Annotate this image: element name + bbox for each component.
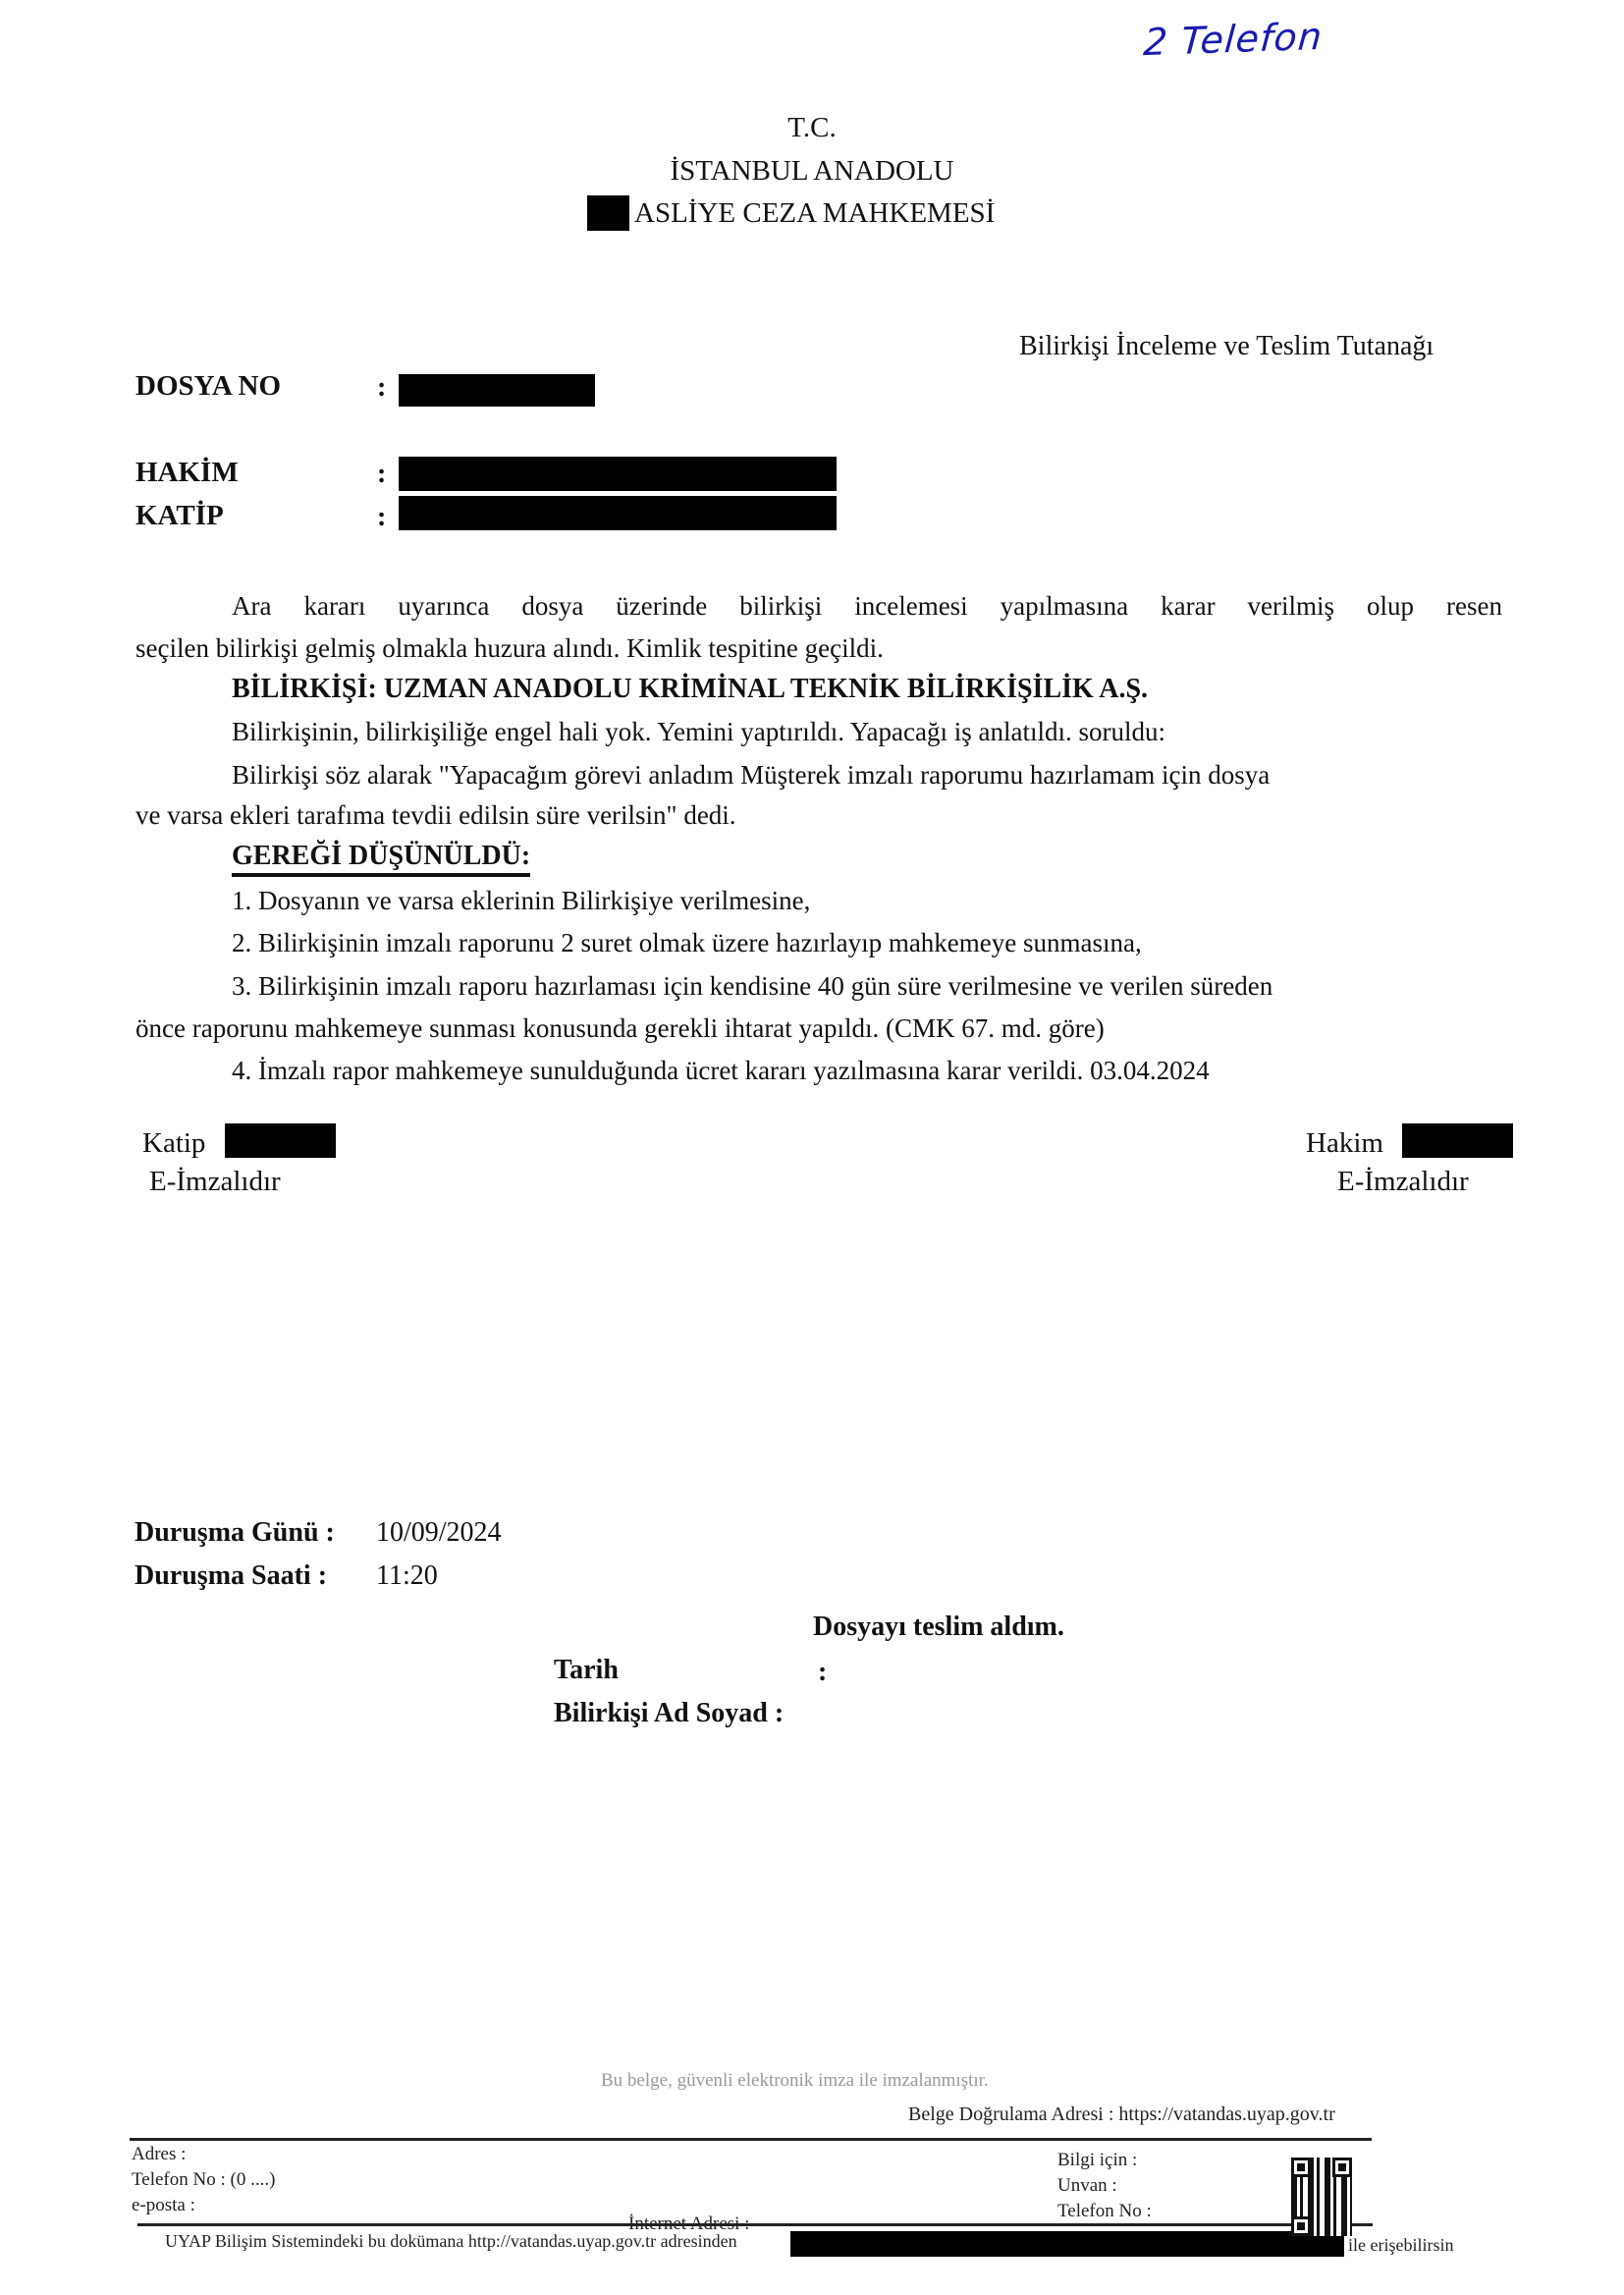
footer-info: Bilgi için : — [1057, 2149, 1137, 2172]
header-tc: T.C. — [0, 110, 1624, 145]
handwritten-note: 2 Telefon — [1142, 15, 1324, 64]
redaction-hakim — [399, 457, 837, 491]
dosya-no-colon: : — [377, 372, 386, 404]
katip-label: KATİP — [135, 500, 224, 532]
header-city: İSTANBUL ANADOLU — [0, 153, 1624, 189]
decision-heading: GEREĞİ DÜŞÜNÜLDÜ: — [232, 840, 530, 873]
footer-email: e-posta : — [132, 2194, 195, 2217]
receipt-date-colon: : — [818, 1657, 827, 1688]
katip-esign: E-İmzalıdır — [149, 1166, 281, 1198]
qr-code-icon[interactable] — [1291, 2158, 1352, 2236]
verify-address: Belge Doğrulama Adresi : https://vatanda… — [908, 2104, 1335, 2126]
footer-bottom-rule — [137, 2223, 1373, 2226]
decision-heading-text: GEREĞİ DÜŞÜNÜLDÜ: — [232, 841, 530, 877]
paragraph-1-line-2: seçilen bilirkişi gelmiş olmakla huzura … — [135, 631, 884, 665]
hakim-colon: : — [377, 459, 386, 490]
footer-phone: Telefon No : (0 ....) — [132, 2168, 275, 2192]
footer-address: Adres : — [132, 2143, 186, 2166]
document-title: Bilirkişi İnceleme ve Teslim Tutanağı — [1019, 331, 1434, 362]
hearing-date-value: 10/09/2024 — [376, 1517, 502, 1549]
footer-top-rule — [130, 2138, 1372, 2141]
hearing-time-value: 11:20 — [376, 1560, 438, 1592]
qr-finder-icon — [1332, 2158, 1352, 2177]
redaction-court-number — [587, 195, 629, 231]
decision-item-3: 3. Bilirkişinin imzalı raporu hazırlamas… — [232, 969, 1272, 1003]
redaction-access-code — [790, 2231, 1344, 2257]
katip-signature-label: Katip — [142, 1127, 205, 1160]
hakim-signature-label: Hakim — [1306, 1127, 1383, 1160]
decision-item-1: 1. Dosyanın ve varsa eklerinin Bilirkişi… — [232, 884, 810, 917]
redaction-katip — [399, 496, 837, 530]
paragraph-1-line-1: Ara kararı uyarınca dosya üzerinde bilir… — [232, 589, 1502, 623]
uyap-access-suffix: ile erişebilirsin — [1348, 2233, 1453, 2257]
receipt-title: Dosyayı teslim aldım. — [813, 1612, 1064, 1643]
paragraph-3-line-2: ve varsa ekleri tarafıma tevdii edilsin … — [135, 798, 736, 832]
hakim-esign: E-İmzalıdır — [1337, 1166, 1469, 1198]
dosya-no-label: DOSYA NO — [135, 370, 281, 403]
footer-title: Unvan : — [1057, 2174, 1117, 2198]
redaction-hakim-name — [1402, 1123, 1513, 1158]
decision-item-4: 4. İmzalı rapor mahkemeye sunulduğunda ü… — [232, 1054, 1210, 1087]
receipt-date-label: Tarih — [554, 1655, 619, 1686]
paragraph-2: Bilirkişinin, bilirkişiliğe engel hali y… — [232, 715, 1165, 748]
hakim-label: HAKİM — [135, 457, 239, 489]
hearing-time-label: Duruşma Saati : — [135, 1560, 327, 1592]
katip-colon: : — [377, 502, 386, 533]
decision-item-3-continuation: önce raporunu mahkemeye sunması konusund… — [135, 1011, 1105, 1045]
redaction-katip-name — [225, 1123, 336, 1158]
esign-notice: Bu belge, güvenli elektronik imza ile im… — [601, 2070, 989, 2092]
footer-phone-2: Telefon No : — [1057, 2200, 1152, 2223]
hearing-date-label: Duruşma Günü : — [135, 1517, 335, 1549]
header-court: ASLİYE CEZA MAHKEMESİ — [634, 195, 995, 231]
uyap-access-line: UYAP Bilişim Sistemindeki bu dokümana ht… — [165, 2229, 737, 2253]
receipt-name-label: Bilirkişi Ad Soyad : — [554, 1698, 784, 1729]
paragraph-3-line-1: Bilirkişi söz alarak "Yapacağım görevi a… — [232, 758, 1270, 792]
redaction-dosya-no — [399, 374, 595, 407]
expert-name: BİLİRKİŞİ: UZMAN ANADOLU KRİMİNAL TEKNİK… — [232, 673, 1148, 706]
decision-item-2: 2. Bilirkişinin imzalı raporunu 2 suret … — [232, 926, 1142, 959]
